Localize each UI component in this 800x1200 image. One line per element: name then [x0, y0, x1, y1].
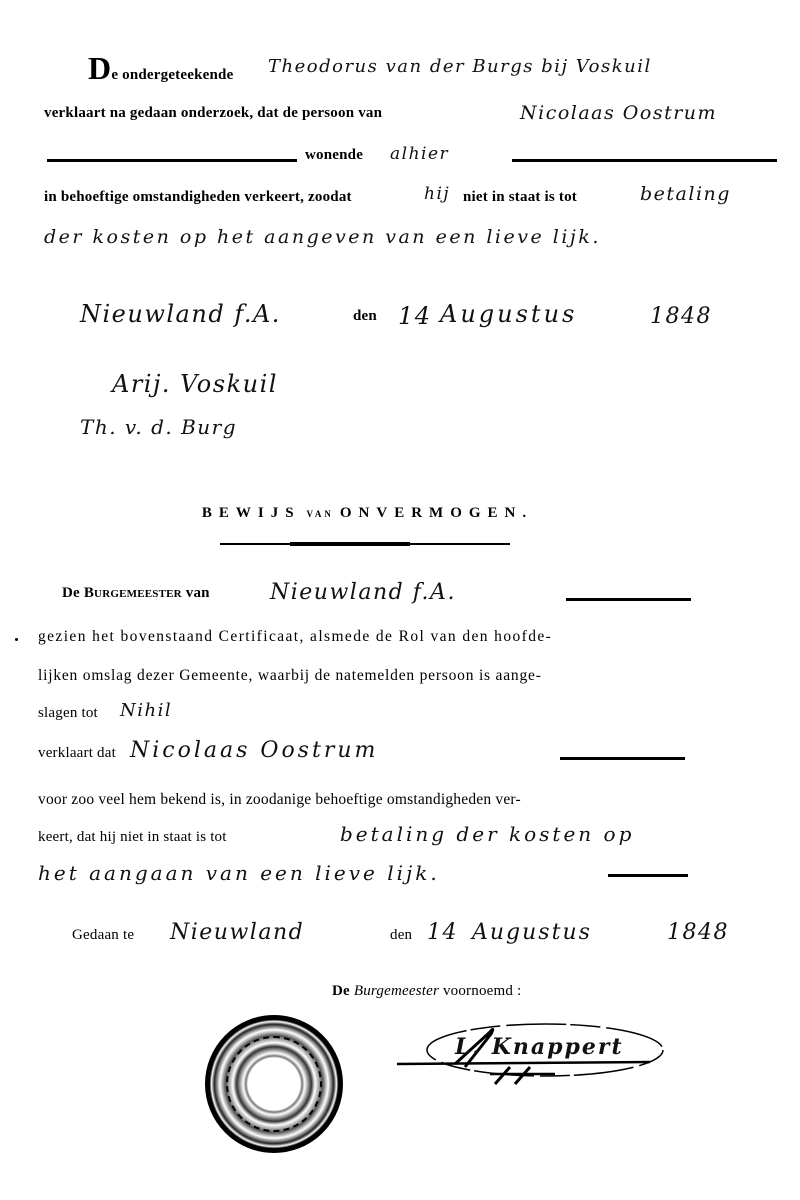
- municipal-seal: [205, 1015, 343, 1153]
- document-title: BEWIJSVANONVERMOGEN.: [0, 505, 735, 522]
- declares-that-label: verklaart dat: [38, 745, 116, 762]
- done-at-place: Nieuwland: [170, 920, 304, 945]
- certificate-line-1: De ondergeteekende: [88, 52, 233, 84]
- mayor-purpose-value: het aangaan van een lieve lijk.: [38, 861, 440, 885]
- place-value: Nieuwland f.A.: [80, 300, 281, 328]
- mayor-person-name: Nicolaas Oostrum: [130, 738, 378, 763]
- witness-signature-1: Arij. Voskuil: [112, 370, 278, 398]
- date-den-label: den: [353, 308, 377, 325]
- done-at-year: 1848: [667, 920, 729, 945]
- done-at-line: Gedaan te Nieuwland den 14 Augustus 1848: [72, 920, 752, 960]
- mayor-line-7: keert, dat hij niet in staat is tot: [38, 829, 227, 846]
- margin-mark: [15, 638, 18, 641]
- residence-value: alhier: [390, 144, 449, 164]
- initial-capital: D: [88, 50, 111, 86]
- undersigned-names: Theodorus van der Burgs bij Voskuil: [268, 56, 652, 77]
- purpose-blank-line: [608, 874, 688, 877]
- unable-text: niet in staat is tot: [463, 189, 577, 206]
- title-onvermogen: ONVERMOGEN.: [340, 505, 533, 521]
- title-van: VAN: [307, 509, 334, 519]
- mayor-payment-value: betaling der kosten op: [340, 822, 634, 846]
- undersigned-label: e ondergeteekende: [111, 67, 233, 83]
- assessed-value: Nihil: [120, 700, 172, 721]
- mayor-signature-text: L. Knappert: [455, 1034, 624, 1060]
- closing-aforesaid: voornoemd :: [443, 983, 521, 999]
- date-month-value: Augustus: [440, 300, 577, 328]
- declares-label: verklaart: [44, 105, 106, 121]
- mayor-line-3: lijken omslag dezer Gemeente, waarbij de…: [38, 667, 542, 685]
- purpose-value: der kosten op het aangeven van een lieve…: [44, 226, 601, 248]
- mayor-line-2: gezien het bovenstaand Certificaat, alsm…: [38, 628, 552, 646]
- done-at-day: 14: [427, 920, 458, 945]
- certificate-line-2: verklaart na gedaan onderzoek, dat de pe…: [44, 105, 382, 122]
- mayor-van: van: [186, 585, 210, 601]
- witness-signature-2: Th. v. d. Burg: [80, 415, 237, 439]
- closing-de: De: [332, 983, 350, 999]
- seal-inner-ring: [226, 1036, 322, 1132]
- mayor-signature: L. Knappert: [395, 1012, 665, 1087]
- done-at-month: Augustus: [472, 920, 592, 945]
- municipality-value: Nieuwland f.A.: [270, 580, 456, 605]
- closing-line: De Burgemeester voornoemd :: [332, 983, 521, 1000]
- title-bewijs: BEWIJS: [202, 505, 301, 521]
- done-at-label: Gedaan te: [72, 927, 134, 944]
- person-name: Nicolaas Oostrum: [520, 102, 717, 124]
- investigation-text: na gedaan onderzoek, dat de persoon van: [110, 105, 382, 121]
- title-divider-thick: [290, 542, 410, 546]
- closing-mayor: Burgemeester: [354, 983, 439, 999]
- person-blank-line: [560, 757, 685, 760]
- circumstances-text: in behoeftige omstandigheden verkeert, z…: [44, 189, 352, 206]
- date-year-value: 1848: [650, 304, 712, 329]
- municipality-blank-line: [566, 598, 691, 601]
- residing-label: wonende: [305, 147, 363, 164]
- mayor-de: De: [62, 585, 80, 601]
- mayor-line-6: voor zoo veel hem bekend is, in zoodanig…: [38, 791, 521, 809]
- assessed-label: slagen tot: [38, 705, 98, 722]
- mayor-line-1: De Burgemeester van: [62, 585, 210, 602]
- blank-line-left: [47, 159, 297, 162]
- pronoun-value: hij: [424, 184, 450, 204]
- mayor-title-caps: Burgemeester: [84, 585, 182, 601]
- place-date-line: Nieuwland f.A. den 14 Augustus 1848: [80, 300, 740, 340]
- done-at-den: den: [390, 927, 412, 944]
- blank-line-right: [512, 159, 777, 162]
- date-day-value: 14: [398, 302, 432, 330]
- payment-value: betaling: [640, 183, 731, 205]
